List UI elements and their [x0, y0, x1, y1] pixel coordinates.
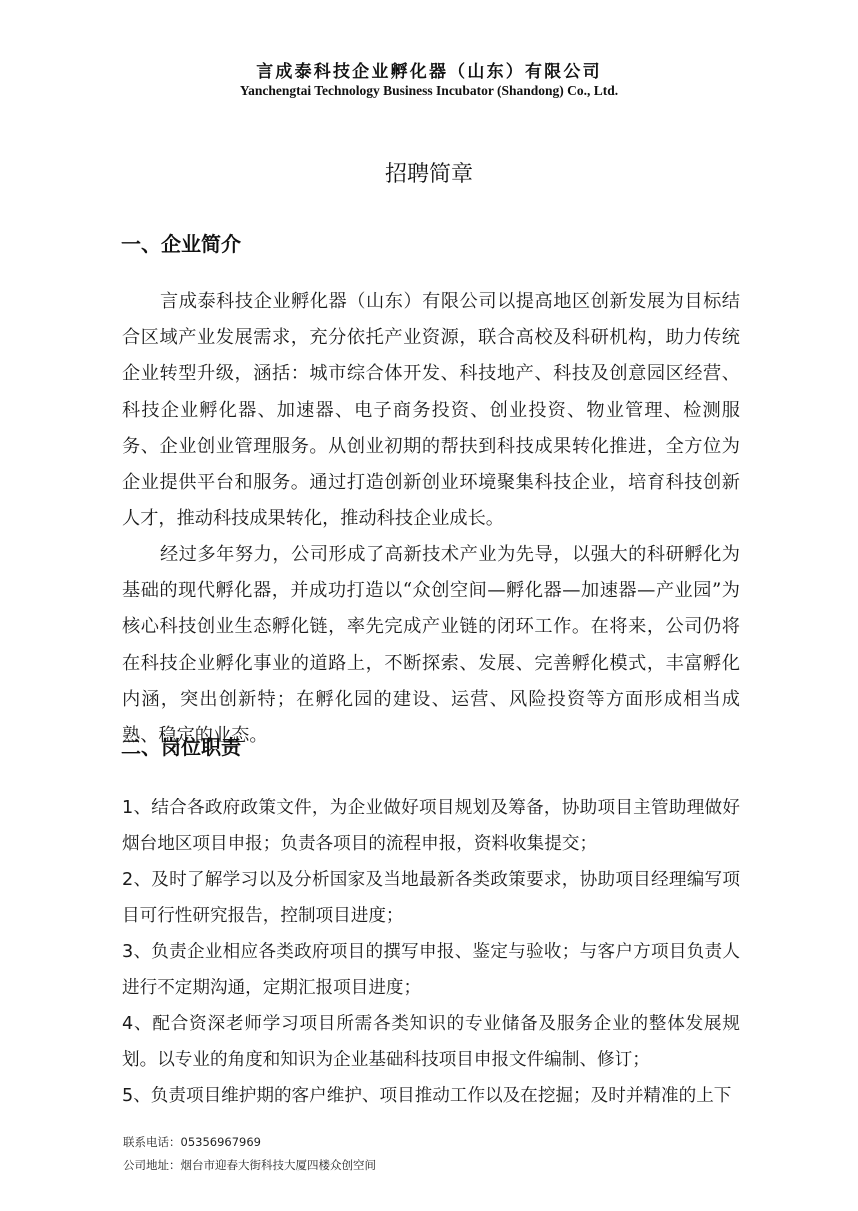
- document-page: 言成泰科技企业孵化器（山东）有限公司 Yanchengtai Technolog…: [0, 0, 858, 1211]
- intro-paragraph-1: 言成泰科技企业孵化器（山东）有限公司以提高地区创新发展为目标结合区域产业发展需求…: [122, 284, 740, 537]
- address-value: 烟台市迎春大街科技大厦四楼众创空间: [181, 1158, 377, 1172]
- contact-address: 公司地址：烟台市迎春大街科技大厦四楼众创空间: [123, 1154, 376, 1177]
- duty-item-3: 3、负责企业相应各类政府项目的撰写申报、鉴定与验收；与客户方项目负责人进行不定期…: [122, 934, 740, 1006]
- contact-footer: 联系电话：05356967969 公司地址：烟台市迎春大街科技大厦四楼众创空间: [123, 1131, 376, 1177]
- letterhead-company-cn: 言成泰科技企业孵化器（山东）有限公司: [0, 62, 858, 82]
- letterhead-company-en: Yanchengtai Technology Business Incubato…: [0, 83, 858, 99]
- phone-label: 联系电话：: [123, 1135, 181, 1149]
- letterhead: 言成泰科技企业孵化器（山东）有限公司 Yanchengtai Technolog…: [0, 62, 858, 99]
- section-heading-company-intro: 一、企业简介: [121, 230, 241, 258]
- duty-item-2: 2、及时了解学习以及分析国家及当地最新各类政策要求，协助项目经理编写项目可行性研…: [122, 862, 740, 934]
- duty-item-5: 5、负责项目维护期的客户维护、项目推动工作以及在挖掘；及时并精准的上下: [122, 1078, 740, 1114]
- duty-item-4: 4、配合资深老师学习项目所需各类知识的专业储备及服务企业的整体发展规划。以专业的…: [122, 1006, 740, 1078]
- phone-value: 05356967969: [181, 1135, 261, 1149]
- contact-phone: 联系电话：05356967969: [123, 1131, 376, 1154]
- address-label: 公司地址：: [123, 1158, 181, 1172]
- duty-item-1: 1、结合各政府政策文件，为企业做好项目规划及筹备，协助项目主管助理做好烟台地区项…: [122, 790, 740, 862]
- document-title: 招聘简章: [0, 160, 858, 190]
- section-heading-job-duties: 二、岗位职责: [121, 733, 241, 761]
- intro-paragraph-2: 经过多年努力，公司形成了高新技术产业为先导，以强大的科研孵化为基础的现代孵化器，…: [122, 537, 740, 754]
